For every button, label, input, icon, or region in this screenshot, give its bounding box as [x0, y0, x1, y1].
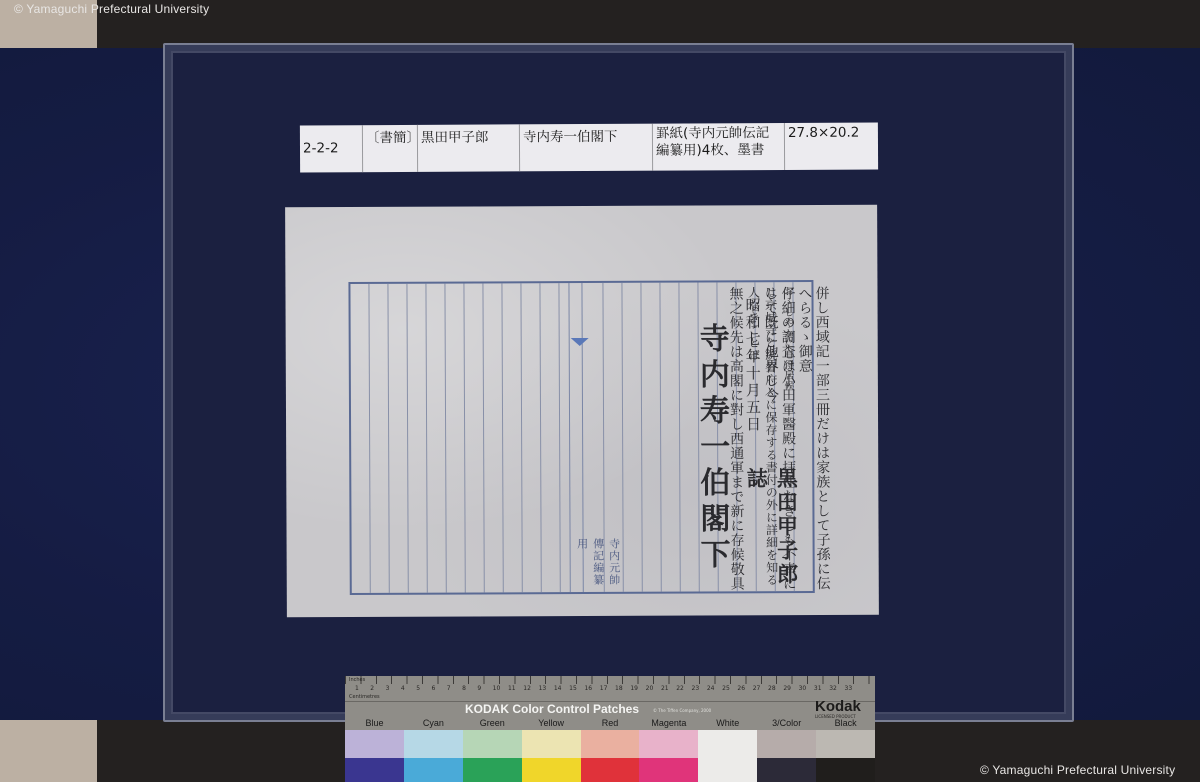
patch-label: Green	[463, 718, 522, 728]
patch-dark	[639, 758, 698, 782]
ruler-inches-label: Inches	[349, 677, 365, 683]
patch-label: Yellow	[522, 718, 581, 728]
patch-light	[816, 730, 875, 758]
patch-label: Black	[816, 718, 875, 728]
kodak-small-copyright: © The Tiffen Company, 2000	[653, 708, 711, 713]
patch-dark	[404, 758, 463, 782]
patch-dark	[816, 758, 875, 782]
patch-label: Red	[581, 718, 640, 728]
patch-light	[581, 730, 640, 758]
color-patch-black	[816, 730, 875, 782]
kodak-color-chart: Inches 123456789101112131415161718192021…	[345, 676, 875, 782]
patch-label: Magenta	[639, 718, 698, 728]
color-patch-red	[581, 730, 640, 782]
label-material: 罫紙(寺内元帥伝記 編纂用)4枚、墨書	[653, 123, 785, 171]
label-id: 2-2-2	[300, 125, 363, 172]
patch-dark	[581, 758, 640, 782]
patch-label: White	[698, 718, 757, 728]
color-patch-yellow	[522, 730, 581, 782]
color-patch-blue	[345, 730, 404, 782]
color-patch-cyan	[404, 730, 463, 782]
kodak-logo: Kodak	[815, 698, 861, 715]
catalog-label: 2-2-2 〔書簡〕 黒田甲子郎 寺内寿一伯閣下 罫紙(寺内元帥伝記 編纂用)4…	[300, 122, 878, 172]
label-material-line1: 罫紙(寺内元帥伝記	[656, 125, 781, 143]
patch-light	[463, 730, 522, 758]
patch-light	[757, 730, 816, 758]
patch-dark	[757, 758, 816, 782]
color-patches	[345, 730, 875, 782]
patch-labels: Blue Cyan Green Yellow Red Magenta White…	[345, 718, 875, 728]
label-type: 〔書簡〕	[363, 125, 418, 172]
ruler-cm-label: Centimetres	[349, 694, 380, 700]
color-patch-green	[463, 730, 522, 782]
patch-light	[639, 730, 698, 758]
letter-line: 無之候先は高閣に對し西通軍まで新に存候敬具	[726, 286, 744, 591]
beige-backing-bottom	[0, 720, 97, 782]
patch-light	[522, 730, 581, 758]
ruler-cm-ticks: 1234567891011121314151617181920212223242…	[355, 685, 865, 692]
kodak-header-strip: Inches 123456789101112131415161718192021…	[345, 676, 875, 730]
label-material-line2: 編纂用)4枚、墨書	[656, 142, 781, 160]
ruled-frame: 寺内元帥傳記編纂用 寺内寿一伯閣下 昭和七年十月五日 黒田甲子郎誌 併し西域記一…	[348, 280, 814, 595]
label-recipient: 寺内寿一伯閣下	[520, 124, 653, 172]
letter-line: 併し西域記一部三冊だけは家族として子孫に伝へらるゝ御意	[795, 286, 830, 591]
label-dimensions: 27.8×20.2	[785, 122, 878, 169]
color-patch-3color	[757, 730, 816, 782]
patch-dark	[522, 758, 581, 782]
letter-line: は京城寺と統督府とに保存する書付の外に詳細を知る人なきことは	[744, 286, 779, 591]
copyright-top: © Yamaguchi Prefectural University	[14, 2, 209, 16]
color-patch-magenta	[639, 730, 698, 782]
copyright-bottom: © Yamaguchi Prefectural University	[980, 763, 1175, 777]
patch-light	[404, 730, 463, 758]
patch-dark	[698, 758, 757, 782]
patch-label: Blue	[345, 718, 404, 728]
kodak-title: KODAK Color Control Patches	[465, 702, 639, 716]
paper-imprint: 寺内元帥傳記編纂用	[574, 538, 622, 592]
letter-paper: 寺内元帥傳記編纂用 寺内寿一伯閣下 昭和七年十月五日 黒田甲子郎誌 併し西域記一…	[285, 205, 879, 618]
patch-label: Cyan	[404, 718, 463, 728]
patch-dark	[463, 758, 522, 782]
patch-light	[345, 730, 404, 758]
patch-light	[698, 730, 757, 758]
patch-dark	[345, 758, 404, 782]
fold-mark-icon	[571, 338, 589, 346]
color-patch-white	[698, 730, 757, 782]
patch-label: 3/Color	[757, 718, 816, 728]
label-sender: 黒田甲子郎	[418, 124, 520, 172]
